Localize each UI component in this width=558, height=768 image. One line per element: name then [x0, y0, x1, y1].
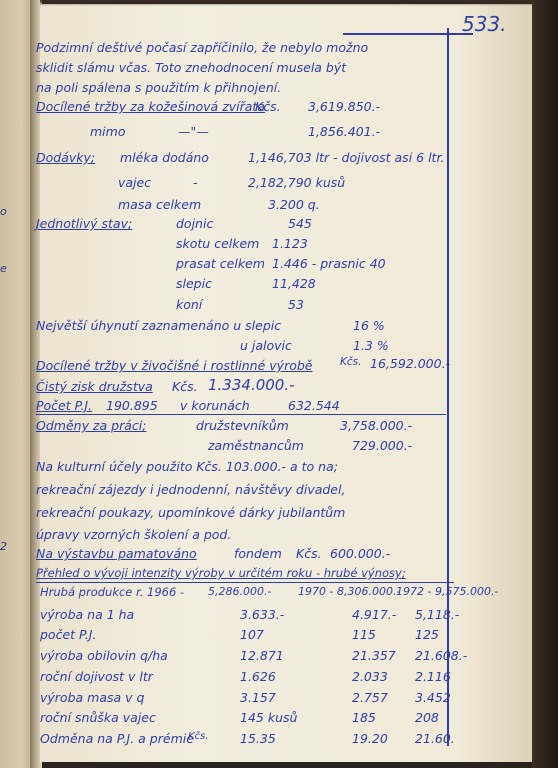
- table-cell-1970: 115: [352, 627, 376, 642]
- page-shadow: [40, 0, 532, 6]
- culture-line: rekreační zájezdy i jednodenní, návštěvy…: [36, 482, 345, 497]
- construction-currency: Kčs.: [296, 546, 322, 561]
- losses-value: 16 %: [353, 318, 385, 333]
- culture-line: úpravy vzorných školení a pod.: [36, 527, 231, 542]
- deliveries-label: Dodávky;: [36, 150, 95, 165]
- culture-line: Na kulturní účely použito Kčs. 103.000.-…: [36, 459, 338, 474]
- livestock-label: Jednotlivý stav;: [36, 216, 132, 231]
- table-row-label: výroba masa v q: [40, 690, 144, 705]
- table-cell-1966: 145 kusů: [240, 710, 297, 725]
- left-page-fragment: 2: [0, 540, 7, 553]
- table-cell-1970: 19.20: [352, 731, 388, 746]
- wages-value: 3,758.000.-: [340, 418, 412, 433]
- sales-furs-label: Docílené tržby za kožešinová zvířata: [36, 99, 265, 114]
- left-page-fragment: o: [0, 205, 7, 218]
- livestock-value: 11,428: [272, 276, 316, 291]
- workdays-label: Počet P.J.: [36, 398, 92, 413]
- paragraph-line: na poli spálena s použitím k přihnojení.: [36, 80, 281, 95]
- table-cell-1972: 3.452: [415, 690, 451, 705]
- workdays-label-2: v korunách: [180, 398, 250, 413]
- net-profit-currency: Kčs.: [172, 379, 198, 394]
- livestock-item: prasat celkem: [176, 256, 265, 271]
- table-cell-1972: 208: [415, 710, 439, 725]
- delivery-ditto: -: [193, 175, 198, 190]
- table-cell-1966: 12.871: [240, 648, 284, 663]
- net-profit-value: 1.334.000.-: [208, 376, 295, 394]
- page-number: 533.: [462, 12, 507, 36]
- table-cell-1966: 15.35: [240, 731, 276, 746]
- delivery-value: 2,182,790 kusů: [248, 175, 345, 190]
- delivery-item: vajec: [118, 175, 151, 190]
- paragraph-line: Podzimní deštivé počasí zapříčinilo, že …: [36, 40, 368, 55]
- sales-other-ditto: —"—: [178, 124, 209, 139]
- delivery-value: 1,146,703 ltr - dojivost asi 6 ltr.: [248, 150, 444, 165]
- sales-other-value: 1,856.401.-: [308, 124, 380, 139]
- losses-value-2: 1.3 %: [353, 338, 389, 353]
- delivery-item: mléka dodáno: [120, 150, 209, 165]
- wages-label: Odměny za práci;: [36, 418, 146, 433]
- table-cell-1966: 3.157: [240, 690, 276, 705]
- workdays-value: 190.895: [106, 398, 158, 413]
- livestock-item: dojnic: [176, 216, 213, 231]
- development-heading: Přehled o vývoji intenzity výroby v urči…: [36, 566, 406, 580]
- table-row-label: Hrubá produkce r. 1966 -: [40, 585, 184, 599]
- construction-text: fondem: [234, 546, 282, 561]
- left-page-fragment: e: [0, 262, 7, 275]
- table-cell-1972: 125: [415, 627, 439, 642]
- livestock-item: koní: [176, 297, 202, 312]
- table-cell-1970: 21.357: [352, 648, 396, 663]
- losses-label: Největší úhynutí zaznamenáno u slepic: [36, 318, 281, 333]
- table-cell-1970: 1970 - 8,306.000.-: [298, 585, 400, 598]
- livestock-value: 1.446 - prasnic 40: [272, 256, 386, 271]
- table-cell-1966: 107: [240, 627, 264, 642]
- table-cell-1966: 1.626: [240, 669, 276, 684]
- table-cell-1970: 185: [352, 710, 376, 725]
- sales-total-label: Docílené tržby v živočišné i rostlinné v…: [36, 358, 312, 373]
- table-row-label: výroba obilovin q/ha: [40, 648, 168, 663]
- book-cover-edge: [532, 0, 558, 768]
- construction-value: 600.000.-: [330, 546, 390, 561]
- header-rule: [343, 33, 473, 35]
- table-cell-1970: 2.033: [352, 669, 388, 684]
- sales-total-currency: Kčs.: [340, 356, 361, 368]
- table-cell-1972: 2.116: [415, 669, 451, 684]
- table-cell-1970: 2.757: [352, 690, 388, 705]
- livestock-value: 545: [288, 216, 312, 231]
- table-cell-1972: 5,118.-: [415, 607, 459, 622]
- table-cell-1970: 4.917.-: [352, 607, 396, 622]
- delivery-value: 3.200 q.: [268, 197, 320, 212]
- construction-label: Na výstavbu pamatováno: [36, 546, 197, 561]
- ledger-spread: o e 2 533. Podzimní deštivé počasí zapří…: [0, 0, 558, 768]
- table-row-label: výroba na 1 ha: [40, 607, 134, 622]
- wages-item: zaměstnancům: [208, 438, 304, 453]
- livestock-value: 53: [288, 297, 304, 312]
- losses-label-2: u jalovic: [240, 338, 292, 353]
- wages-value: 729.000.-: [352, 438, 412, 453]
- table-row-label: roční dojivost v ltr: [40, 669, 153, 684]
- table-cell-1972: 21.608.-: [415, 648, 467, 663]
- sales-other-label: mimo: [90, 124, 125, 139]
- table-cell-1966: 5,286.000.-: [208, 585, 271, 598]
- sales-furs-value: 3,619.850.-: [308, 99, 380, 114]
- livestock-item: slepic: [176, 276, 212, 291]
- table-row-currency: Kčs.: [188, 731, 208, 742]
- underline-rule: [36, 414, 446, 415]
- delivery-item: masa celkem: [118, 197, 201, 212]
- heading-rule: [36, 582, 454, 583]
- table-cell-1966: 3.633.-: [240, 607, 284, 622]
- workdays-value-2: 632.544: [288, 398, 340, 413]
- margin-rule: [447, 28, 449, 746]
- sales-furs-currency: Kčs.: [255, 99, 281, 114]
- culture-line: rekreační poukazy, upomínkové dárky jubi…: [36, 505, 345, 520]
- sales-total-value: 16,592.000.-: [370, 356, 450, 371]
- table-cell-1972: 21.60.: [415, 731, 455, 746]
- livestock-value: 1.123: [272, 236, 308, 251]
- wages-item: družstevníkům: [196, 418, 289, 433]
- net-profit-label: Čistý zisk družstva: [36, 379, 153, 394]
- paragraph-line: sklidit slámu včas. Toto znehodnocení mu…: [36, 60, 346, 75]
- table-cell-1972: 1972 - 9,575.000.-: [396, 585, 498, 598]
- table-row-label: Odměna na P.J. a prémie: [40, 731, 194, 746]
- table-row-label: počet P.J.: [40, 627, 96, 642]
- table-row-label: roční snůška vajec: [40, 710, 156, 725]
- livestock-item: skotu celkem: [176, 236, 259, 251]
